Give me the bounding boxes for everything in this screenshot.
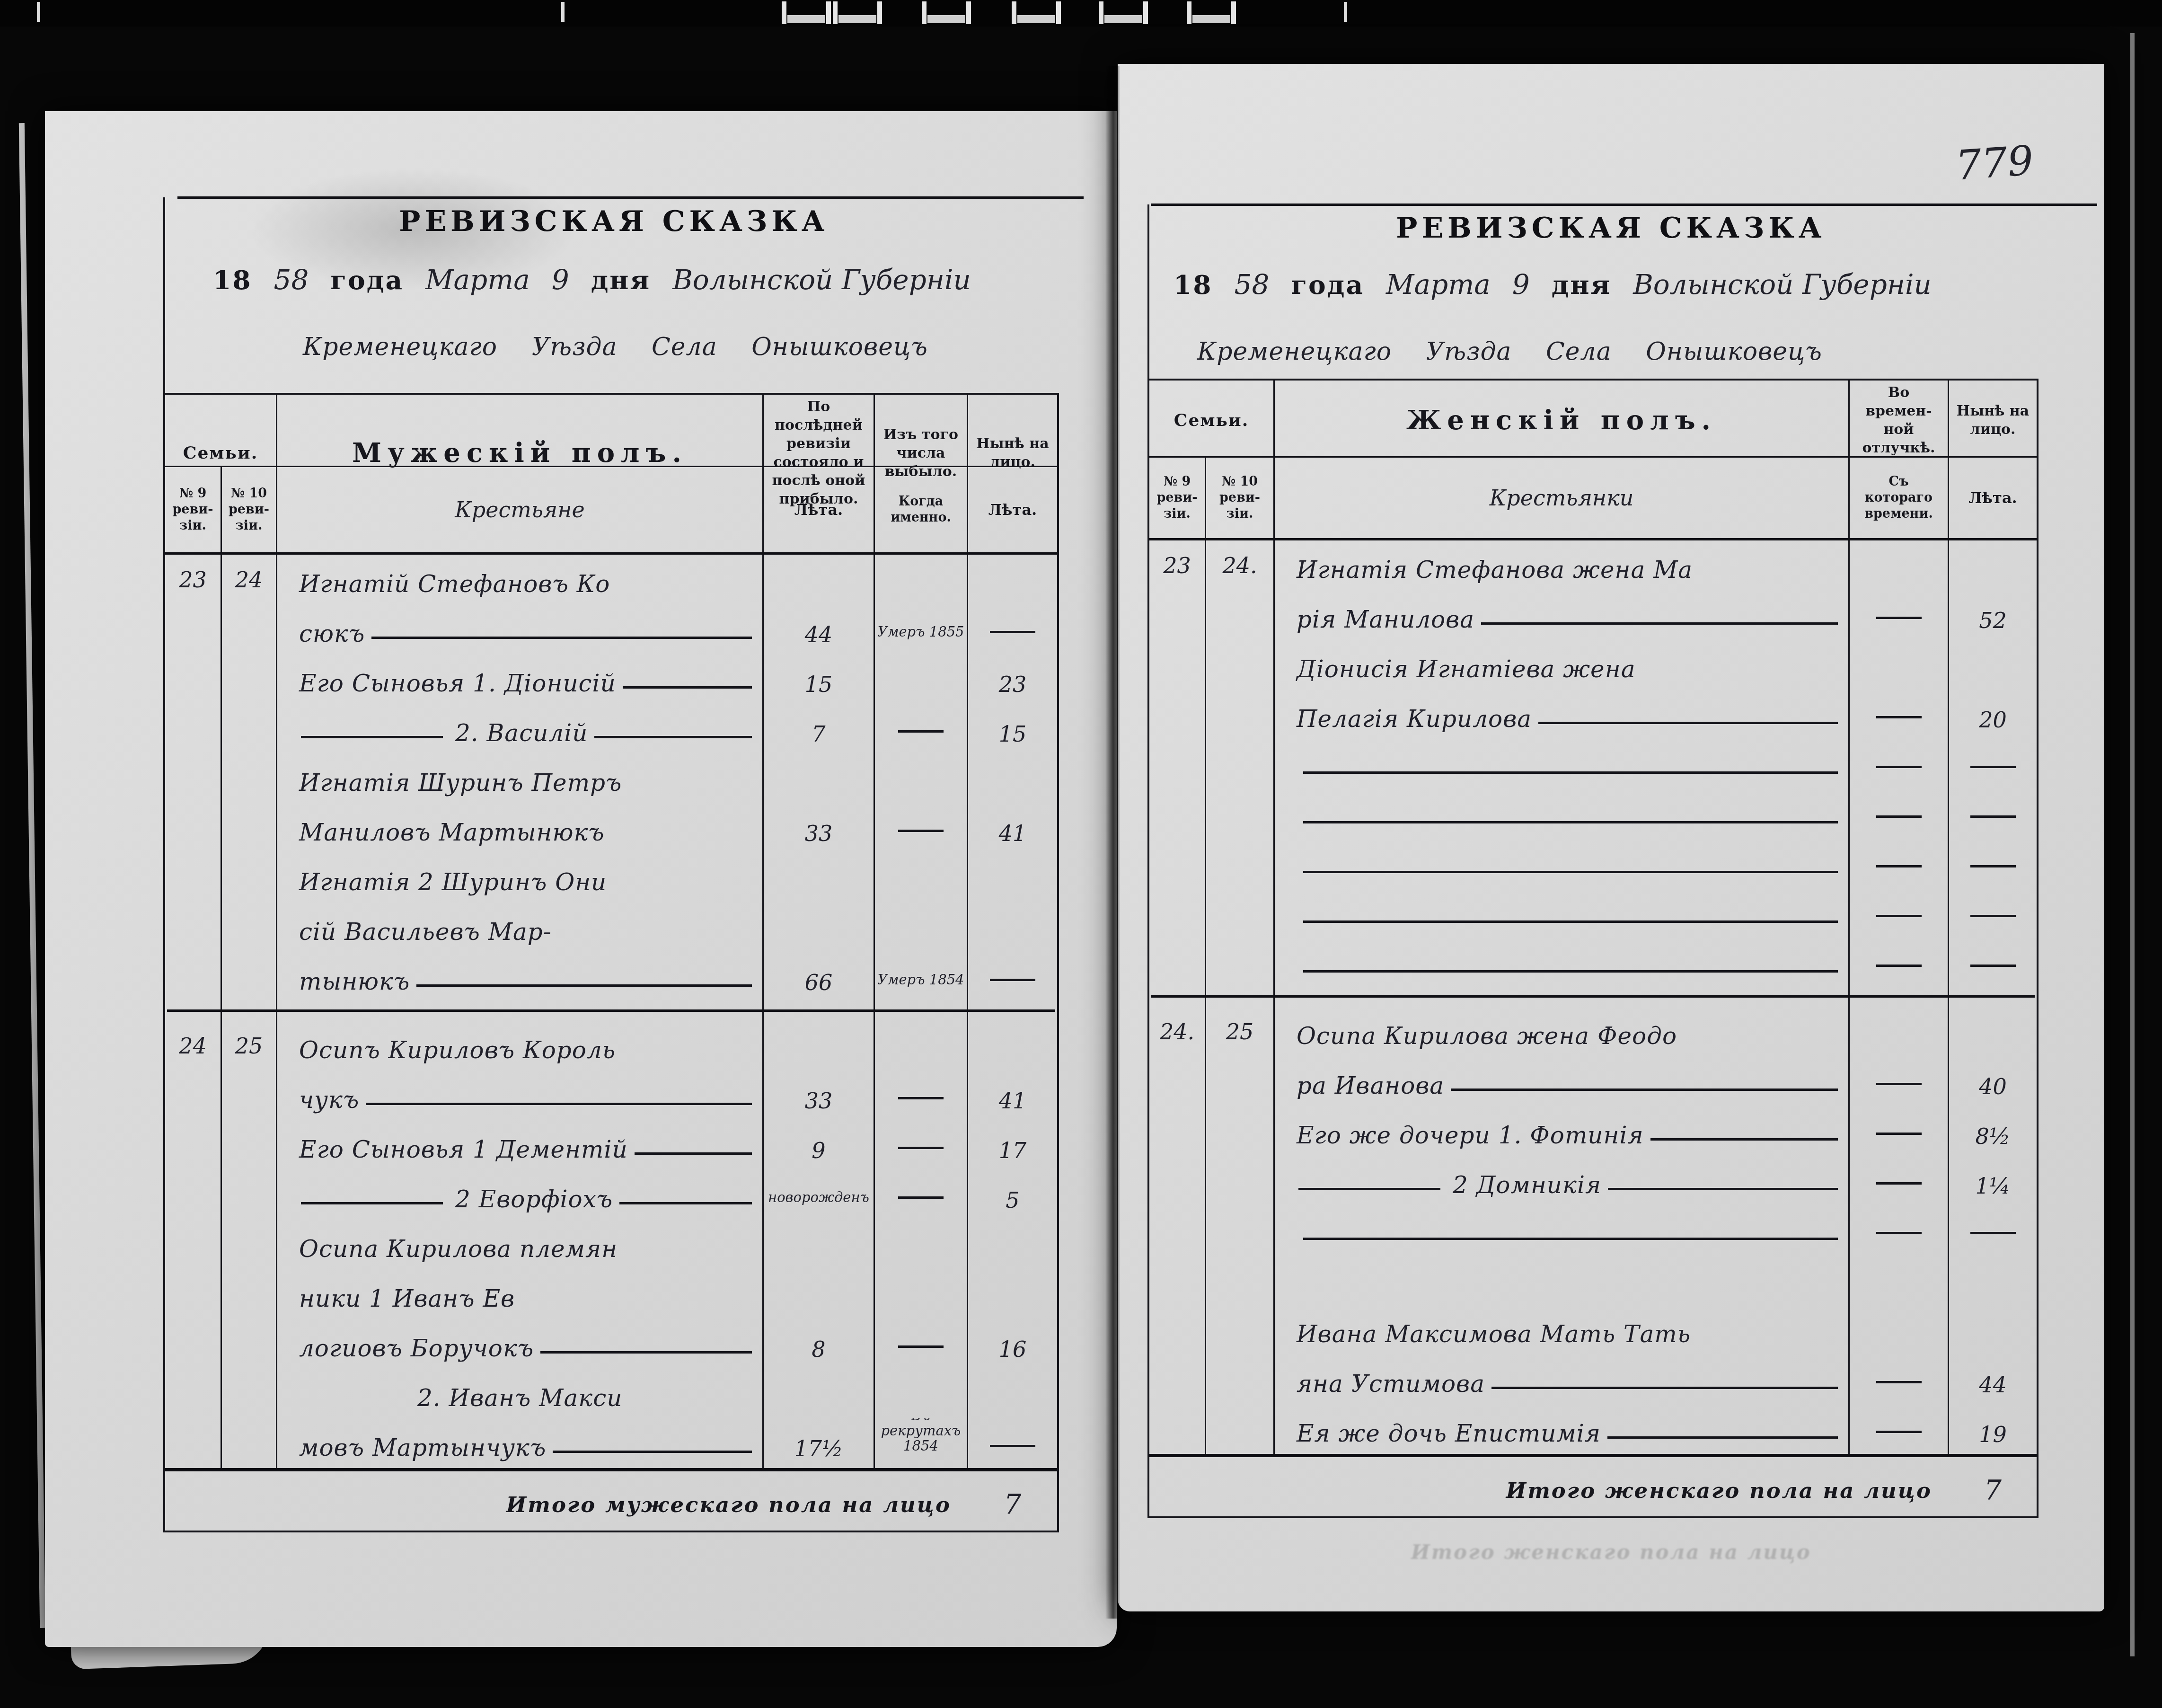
cell-when xyxy=(875,803,968,853)
page-top-rule xyxy=(177,196,1084,199)
cell-age-prev: 15 xyxy=(764,654,875,704)
underline-rule xyxy=(416,984,752,987)
table-row xyxy=(1149,739,2037,789)
date-part: 18 xyxy=(213,265,252,295)
cell-name: Ивана Максимова Мать Тать xyxy=(1275,1305,1850,1354)
cell-name: Осипъ Кириловъ Король xyxy=(277,1021,764,1071)
cell-age-prev xyxy=(764,1269,875,1319)
header-rev9: № 9 реви­зіи. xyxy=(1149,458,1206,538)
name-text: сюкъ xyxy=(299,620,365,647)
cell-when xyxy=(875,654,968,704)
underline-rule xyxy=(1607,1436,1838,1439)
cell-rev10 xyxy=(222,654,277,704)
dash-mark xyxy=(990,1445,1035,1447)
cell-rev10: 24. xyxy=(1206,540,1275,590)
cell-rev9 xyxy=(165,952,222,1002)
cell-age-now: 17 xyxy=(968,1120,1057,1170)
name-text: логиовъ Боручокъ xyxy=(299,1335,534,1362)
dash-mark xyxy=(1876,1083,1922,1085)
binder-mark xyxy=(1012,1,1061,24)
cell-name: 2. Иванъ Макси xyxy=(277,1369,764,1418)
cell-rev10 xyxy=(1206,988,1275,1007)
dash-mark xyxy=(1970,815,2016,818)
name-text: Его же дочери 1. Фотинія xyxy=(1297,1122,1644,1149)
cell-age-prev: 8 xyxy=(764,1319,875,1369)
revision-table-female: Семьи. Женскій полъ. Во времен­ной отлуч… xyxy=(1147,379,2038,1518)
cell-age-now xyxy=(1949,1255,2037,1305)
table-row xyxy=(1149,1205,2037,1255)
table-row: рія Манилова52 xyxy=(1149,590,2037,640)
cell-rev9 xyxy=(165,1220,222,1269)
cell-rev9: 24 xyxy=(165,1021,222,1071)
date-part: 9 xyxy=(1512,268,1530,301)
cell-rev10 xyxy=(222,1369,277,1418)
cell-rev10 xyxy=(1206,789,1275,839)
cell-away xyxy=(1850,1255,1949,1305)
cell-rev9: 24. xyxy=(1149,1007,1206,1056)
cell-when: Умеръ 1855 xyxy=(875,604,968,654)
name-text: Ивана Максимова Мать Тать xyxy=(1297,1320,1691,1348)
table-row xyxy=(1149,1255,2037,1305)
cell-rev10 xyxy=(1206,590,1275,640)
name-text: тынюкъ xyxy=(299,968,410,995)
underline-rule xyxy=(540,1351,752,1354)
cell-age-now xyxy=(1949,789,2037,839)
date-line: 1858годаМарта9дняВолынской Губерніи xyxy=(1174,268,1953,301)
date-part: года xyxy=(330,265,404,295)
underline-rule xyxy=(619,1202,752,1204)
cell-rev9 xyxy=(165,1071,222,1120)
cell-age-now: 20 xyxy=(1949,690,2037,739)
date-part: Волынской Губерніи xyxy=(672,264,971,296)
cell-away xyxy=(1850,1156,1949,1205)
table-body: 2324.Игнатія Стефанова жена Марія Манило… xyxy=(1149,540,2037,1454)
cell-when xyxy=(875,555,968,604)
page-title: РЕВИЗСКАЯ СКАЗКА xyxy=(45,205,1150,238)
cell-name xyxy=(1275,1255,1850,1305)
revision-table-male: Семьи. Мужескій полъ. По послѣдней ревиз… xyxy=(163,393,1059,1532)
cell-when: Въ рекрутахъ 1854 xyxy=(875,1418,968,1468)
cell-rev10 xyxy=(1206,1205,1275,1255)
cell-name: мовъ Мартынчукъ xyxy=(277,1418,764,1468)
date-part: дня xyxy=(1552,269,1612,300)
binder-tick xyxy=(37,2,40,22)
name-text: 2 Еворфіохъ xyxy=(455,1186,613,1213)
header-rev9: № 9 реви­зіи. xyxy=(165,467,222,552)
name-text: Пелагія Кирилова xyxy=(1297,705,1532,733)
place-line: Кременецкаго Уѣзда Села Онышковецъ xyxy=(1197,337,1822,366)
date-part: Волынской Губерніи xyxy=(1633,268,1932,301)
cell-rev9 xyxy=(1149,839,1206,888)
date-part: 9 xyxy=(552,264,569,296)
cell-away xyxy=(1850,988,1949,1007)
cell-away xyxy=(1850,888,1949,938)
cell-age-now: 23 xyxy=(968,654,1057,704)
underline-rule xyxy=(1538,722,1838,724)
table-row: Діонисія Игнатіева жена xyxy=(1149,640,2037,690)
cell-rev10 xyxy=(222,1002,277,1021)
name-text: 2. Иванъ Макси xyxy=(417,1384,622,1412)
cell-name xyxy=(1275,988,1850,1007)
dash-mark xyxy=(1876,1133,1922,1135)
cell-age-prev: новорожденъ xyxy=(764,1170,875,1220)
table-row: Осипа Кирилова племян xyxy=(165,1220,1057,1269)
dash-mark xyxy=(1970,766,2016,768)
book-gutter-shadow xyxy=(1105,66,1120,1619)
cell-age-now xyxy=(1949,1205,2037,1255)
page-edge xyxy=(19,123,45,1628)
cell-rev9 xyxy=(1149,1404,1206,1454)
cell-away xyxy=(1850,1007,1949,1056)
table-row: ники 1 Иванъ Ев xyxy=(165,1269,1057,1319)
family-separator xyxy=(165,1002,1057,1021)
underline-rule xyxy=(301,1202,443,1204)
cell-rev10 xyxy=(1206,1354,1275,1404)
cell-age-now: 52 xyxy=(1949,590,2037,640)
cell-when: Умеръ 1854 xyxy=(875,952,968,1002)
cell-age-prev: 33 xyxy=(764,803,875,853)
cell-age-now xyxy=(968,1369,1057,1418)
underline-rule xyxy=(301,736,443,738)
cell-name: Игнатія Стефанова жена Ма xyxy=(1275,540,1850,590)
cell-rev9 xyxy=(165,753,222,803)
cell-away xyxy=(1850,590,1949,640)
table-row: Ивана Максимова Мать Тать xyxy=(1149,1305,2037,1354)
table-row: 2. Василій715 xyxy=(165,704,1057,753)
header-age-now: Лѣта. xyxy=(968,467,1057,552)
header-sex: Женскій полъ. xyxy=(1275,381,1850,460)
cell-away xyxy=(1850,1404,1949,1454)
table-row: сюкъ44Умеръ 1855 xyxy=(165,604,1057,654)
cell-rev10 xyxy=(222,1418,277,1468)
cell-name: сій Васильевъ Мар- xyxy=(277,903,764,952)
table-row: 2 Домникія1¼ xyxy=(1149,1156,2037,1205)
cell-age-prev: 33 xyxy=(764,1071,875,1120)
table-row: 2 Еворфіохъноворожденъ5 xyxy=(165,1170,1057,1220)
cell-rev10 xyxy=(222,753,277,803)
cell-rev10 xyxy=(222,903,277,952)
name-text: Игнатія Стефанова жена Ма xyxy=(1297,556,1693,584)
table-row: сій Васильевъ Мар- xyxy=(165,903,1057,952)
cell-age-now xyxy=(1949,839,2037,888)
cell-name: тынюкъ xyxy=(277,952,764,1002)
table-row: 24.25Осипа Кирилова жена Феодо xyxy=(1149,1007,2037,1056)
cell-name: Его Сыновья 1 Дементій xyxy=(277,1120,764,1170)
name-text: Маниловъ Мартынюкъ xyxy=(299,819,605,846)
name-text: ники 1 Иванъ Ев xyxy=(299,1285,515,1312)
cell-name: ра Иванова xyxy=(1275,1056,1850,1106)
cell-age-now xyxy=(1949,739,2037,789)
table-row: Его же дочери 1. Фотинія8½ xyxy=(1149,1106,2037,1156)
page-top-rule xyxy=(1151,204,2097,206)
cell-away xyxy=(1850,1056,1949,1106)
underline-rule xyxy=(1303,970,1838,973)
place-line: Кременецкаго Уѣзда Села Онышковецъ xyxy=(303,333,928,361)
dash-mark xyxy=(898,1097,944,1099)
cell-rev10 xyxy=(222,1170,277,1220)
underline-rule xyxy=(594,736,752,738)
cell-age-prev xyxy=(764,1220,875,1269)
date-line: 1858годаМарта9дняВолынской Губерніи xyxy=(213,264,993,296)
cell-rev9 xyxy=(165,1120,222,1170)
cell-age-prev xyxy=(764,555,875,604)
cell-age-now: 15 xyxy=(968,704,1057,753)
binder-mark xyxy=(922,1,971,24)
cell-age-now: 41 xyxy=(968,1071,1057,1120)
binder-tick xyxy=(561,2,565,22)
table-row: Его Сыновья 1 Дементій917 xyxy=(165,1120,1057,1170)
header-since: Съ котораго времени. xyxy=(1850,458,1949,538)
header-peasants: Крестьянки xyxy=(1275,458,1850,538)
dash-mark xyxy=(1876,1232,1922,1234)
table-row: логиовъ Боручокъ816 xyxy=(165,1319,1057,1369)
table-header-row-2: № 9 реви­зіи. № 10 реви­зіи. Крестьяне Л… xyxy=(165,467,1057,555)
cell-rev10 xyxy=(1206,1305,1275,1354)
cell-name xyxy=(1275,839,1850,888)
dash-mark xyxy=(898,1147,944,1149)
cell-rev10 xyxy=(222,952,277,1002)
cell-rev10 xyxy=(1206,690,1275,739)
cell-rev9 xyxy=(1149,1056,1206,1106)
cell-when xyxy=(875,1269,968,1319)
name-text: яна Устимова xyxy=(1297,1370,1485,1398)
table-row xyxy=(1149,789,2037,839)
table-row: 2324Игнатій Стефановъ Ко xyxy=(165,555,1057,604)
name-text: Игнатія Шуринъ Петръ xyxy=(299,769,622,796)
date-part: Марта xyxy=(425,264,530,296)
cell-rev9 xyxy=(1149,1255,1206,1305)
page-edge xyxy=(2130,33,2135,1656)
binder-tick xyxy=(1344,2,1347,22)
cell-away xyxy=(1850,1305,1949,1354)
cell-rev10 xyxy=(222,1269,277,1319)
date-part: 18 xyxy=(1174,269,1213,300)
cell-when xyxy=(875,903,968,952)
cell-rev10: 25 xyxy=(1206,1007,1275,1056)
dash-mark xyxy=(898,1345,944,1348)
cell-rev10: 24 xyxy=(222,555,277,604)
name-text: 2 Домникія xyxy=(1453,1171,1601,1199)
cell-age-now xyxy=(968,1002,1057,1021)
binder-mark xyxy=(782,1,831,24)
dash-mark xyxy=(898,1196,944,1199)
cell-name: Маниловъ Мартынюкъ xyxy=(277,803,764,853)
cell-rev9 xyxy=(165,903,222,952)
cell-name: Пелагія Кирилова xyxy=(1275,690,1850,739)
page-title: РЕВИЗСКАЯ СКАЗКА xyxy=(1118,212,2162,245)
cell-when xyxy=(875,1369,968,1418)
cell-name xyxy=(1275,1205,1850,1255)
cell-name xyxy=(277,1002,764,1021)
table-row: 2. Иванъ Макси xyxy=(165,1369,1057,1418)
binder-mark xyxy=(833,1,882,24)
underline-rule xyxy=(1650,1138,1838,1141)
dash-mark xyxy=(1876,766,1922,768)
cell-age-now xyxy=(1949,1305,2037,1354)
cell-age-now xyxy=(968,604,1057,654)
total-value: 7 xyxy=(1949,1474,2037,1506)
cell-rev9 xyxy=(165,654,222,704)
table-row: ра Иванова40 xyxy=(1149,1056,2037,1106)
table-row: 2425Осипъ Кириловъ Король xyxy=(165,1021,1057,1071)
cell-when xyxy=(875,1170,968,1220)
dash-mark xyxy=(1970,865,2016,867)
cell-age-prev xyxy=(764,903,875,952)
name-text: Игнатій Стефановъ Ко xyxy=(299,570,610,598)
name-text: 2. Василій xyxy=(455,719,588,747)
table-row: тынюкъ66Умеръ 1854 xyxy=(165,952,1057,1002)
binder-mark xyxy=(1099,1,1148,24)
cell-away xyxy=(1850,540,1949,590)
cell-rev9 xyxy=(1149,1354,1206,1404)
cell-age-now xyxy=(968,1418,1057,1468)
table-row: яна Устимова44 xyxy=(1149,1354,2037,1404)
cell-rev10 xyxy=(222,803,277,853)
scanner-top-bar xyxy=(0,0,2162,27)
cell-rev9 xyxy=(1149,1305,1206,1354)
cell-rev10: 25 xyxy=(222,1021,277,1071)
cell-rev9 xyxy=(1149,789,1206,839)
cell-name: Игнатія Шуринъ Петръ xyxy=(277,753,764,803)
cell-rev10 xyxy=(1206,739,1275,789)
dash-mark xyxy=(1970,1232,2016,1234)
cell-rev10 xyxy=(1206,888,1275,938)
header-age-now: Лѣта. xyxy=(1949,458,2037,538)
cell-rev9 xyxy=(165,704,222,753)
cell-age-prev: 66 xyxy=(764,952,875,1002)
underline-rule xyxy=(623,686,752,689)
cell-rev9 xyxy=(165,1002,222,1021)
cell-name: 2 Домникія xyxy=(1275,1156,1850,1205)
table-row: Игнатія Шуринъ Петръ xyxy=(165,753,1057,803)
cell-name: Игнатія 2 Шуринъ Они xyxy=(277,853,764,903)
cell-away xyxy=(1850,1106,1949,1156)
dash-mark xyxy=(1876,1381,1922,1383)
cell-name: Осипа Кирилова жена Феодо xyxy=(1275,1007,1850,1056)
cell-away xyxy=(1850,789,1949,839)
cell-rev10 xyxy=(222,604,277,654)
cell-rev9 xyxy=(165,803,222,853)
cell-rev10 xyxy=(1206,1404,1275,1454)
cell-age-now xyxy=(1949,540,2037,590)
dash-mark xyxy=(1876,1431,1922,1433)
cell-when xyxy=(875,1021,968,1071)
cell-age-now xyxy=(968,952,1057,1002)
cell-name: Діонисія Игнатіева жена xyxy=(1275,640,1850,690)
dash-mark xyxy=(1876,1182,1922,1185)
cell-rev9 xyxy=(165,604,222,654)
name-text: Діонисія Игнатіева жена xyxy=(1297,655,1635,683)
cell-age-now xyxy=(968,555,1057,604)
cell-rev10 xyxy=(1206,1106,1275,1156)
cell-name: рія Манилова xyxy=(1275,590,1850,640)
cell-away xyxy=(1850,739,1949,789)
cell-rev10 xyxy=(222,704,277,753)
table-row: 2324.Игнатія Стефанова жена Ма xyxy=(1149,540,2037,590)
table-header-row-1: Семьи. Женскій полъ. Во времен­ной отлуч… xyxy=(1149,381,2037,458)
table-row: Его Сыновья 1. Діонисій1523 xyxy=(165,654,1057,704)
cell-rev9 xyxy=(1149,1205,1206,1255)
cell-rev9 xyxy=(1149,988,1206,1007)
bleed-through-text: Итого женскаго пола на лицо xyxy=(1411,1540,1811,1564)
table-row: Игнатія 2 Шуринъ Они xyxy=(165,853,1057,903)
left-page: РЕВИЗСКАЯ СКАЗКА 1858годаМарта9дняВолынс… xyxy=(45,111,1117,1647)
underline-rule xyxy=(1303,1238,1838,1240)
cell-name xyxy=(1275,938,1850,988)
cell-name: логиовъ Боручокъ xyxy=(277,1319,764,1369)
cell-age-prev: 9 xyxy=(764,1120,875,1170)
cell-age-now xyxy=(968,1021,1057,1071)
book-scan: РЕВИЗСКАЯ СКАЗКА 1858годаМарта9дняВолынс… xyxy=(0,0,2162,1708)
underline-rule xyxy=(635,1152,752,1155)
cell-age-now xyxy=(1949,988,2037,1007)
cell-rev9 xyxy=(165,1319,222,1369)
cell-rev10 xyxy=(1206,1156,1275,1205)
cell-rev9 xyxy=(1149,1156,1206,1205)
cell-name: 2 Еворфіохъ xyxy=(277,1170,764,1220)
cell-name: ники 1 Иванъ Ев xyxy=(277,1269,764,1319)
header-present: Нынѣ на лицо. xyxy=(1949,381,2037,460)
underline-rule xyxy=(1303,821,1838,823)
date-part: года xyxy=(1291,269,1364,300)
cell-age-prev xyxy=(764,753,875,803)
table-row: Маниловъ Мартынюкъ3341 xyxy=(165,803,1057,853)
header-rev10: № 10 реви­зіи. xyxy=(222,467,277,552)
cell-away xyxy=(1850,1205,1949,1255)
cell-rev9 xyxy=(1149,888,1206,938)
cell-rev9 xyxy=(1149,1106,1206,1156)
table-header-row-2: № 9 реви­зіи. № 10 реви­зіи. Крестьянки … xyxy=(1149,458,2037,540)
table-row xyxy=(1149,839,2037,888)
cell-age-prev: 7 xyxy=(764,704,875,753)
cell-name: Ея же дочь Епистимія xyxy=(1275,1404,1850,1454)
name-text: Осипа Кирилова жена Феодо xyxy=(1297,1022,1677,1050)
underline-rule xyxy=(1303,771,1838,774)
right-page: 779 РЕВИЗСКАЯ СКАЗКА 1858годаМарта9дняВо… xyxy=(1118,64,2104,1611)
cell-age-now: 1¼ xyxy=(1949,1156,2037,1205)
header-when: Когда имен­но. xyxy=(875,467,968,552)
cell-rev9 xyxy=(1149,690,1206,739)
underline-rule xyxy=(553,1451,752,1453)
cell-when xyxy=(875,1071,968,1120)
table-row: Ея же дочь Епистимія19 xyxy=(1149,1404,2037,1454)
cell-name: 2. Василій xyxy=(277,704,764,753)
cell-rev10 xyxy=(222,1071,277,1120)
cell-age-now: 8½ xyxy=(1949,1106,2037,1156)
cell-name: сюкъ xyxy=(277,604,764,654)
cell-name: чукъ xyxy=(277,1071,764,1120)
cell-name: яна Устимова xyxy=(1275,1354,1850,1404)
table-row: Пелагія Кирилова20 xyxy=(1149,690,2037,739)
cell-rev9 xyxy=(1149,938,1206,988)
date-part: дня xyxy=(591,265,651,295)
table-footer: Итого женскаго пола на лицо 7 xyxy=(1149,1454,2037,1523)
total-label: Итого женскаго пола на лицо xyxy=(1149,1478,1949,1503)
cell-when xyxy=(875,1120,968,1170)
name-text: Игнатія 2 Шуринъ Они xyxy=(299,868,607,896)
cell-age-now xyxy=(968,753,1057,803)
cell-when xyxy=(875,1220,968,1269)
cell-age-now: 5 xyxy=(968,1170,1057,1220)
date-part: 58 xyxy=(1235,268,1270,301)
family-separator xyxy=(1149,988,2037,1007)
dash-mark xyxy=(1970,915,2016,917)
name-text: Осипъ Кириловъ Король xyxy=(299,1036,616,1064)
cell-name xyxy=(1275,888,1850,938)
cell-age-prev xyxy=(764,1369,875,1418)
dash-mark xyxy=(1876,617,1922,619)
cell-away xyxy=(1850,938,1949,988)
